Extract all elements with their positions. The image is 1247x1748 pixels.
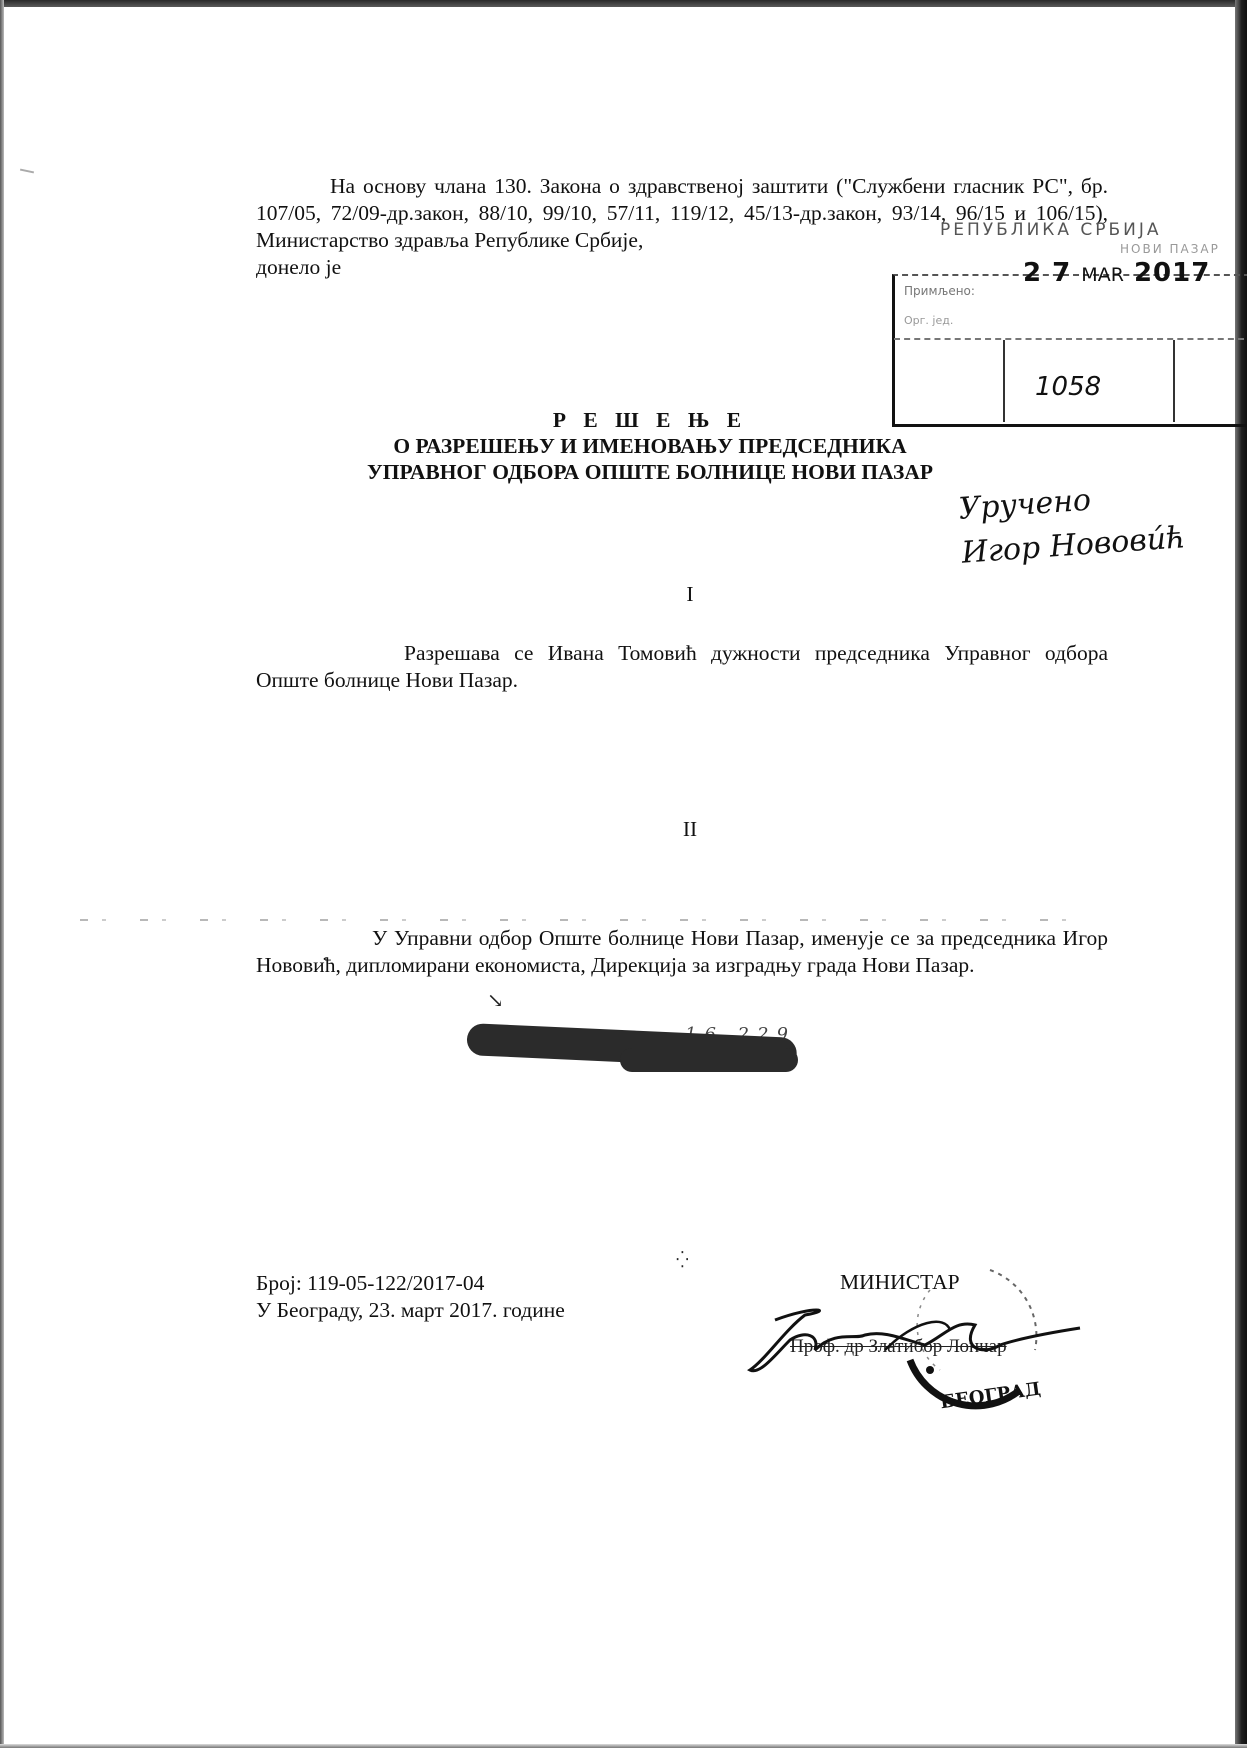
redaction-bar-tail	[620, 1048, 798, 1072]
stamp-date: 2 7 MAR 2017	[1023, 258, 1210, 288]
stamp-date-year: 2017	[1134, 258, 1210, 288]
signature-icon	[745, 1300, 1085, 1390]
title-line-1: О РАЗРЕШЕЊУ И ИМЕНОВАЊУ ПРЕДСЕДНИКА	[300, 433, 1000, 459]
document-reference: Број: 119-05-122/2017-04 У Београду, 23.…	[256, 1270, 565, 1324]
place-and-date: У Београду, 23. март 2017. године	[256, 1297, 565, 1324]
section-number-2: II	[670, 817, 710, 842]
stamp-subheader: НОВИ ПАЗАР	[1120, 242, 1220, 256]
scan-dot-marks: ⁛	[676, 1250, 689, 1270]
scan-edge-left	[0, 0, 4, 1748]
title-main: Р Е Ш Е Њ Е	[300, 407, 1000, 433]
stamp-registry-number: 1058	[1035, 372, 1101, 402]
section-1-text: Разрешава се Ивана Томовић дужности пред…	[256, 640, 1108, 694]
section-2-text: У Управни одбор Опште болнице Нови Пазар…	[256, 925, 1108, 979]
title-line-2: УПРАВНОГ ОДБОРА ОПШТЕ БОЛНИЦЕ НОВИ ПАЗАР	[300, 459, 1000, 485]
scan-edge-bottom	[0, 1744, 1247, 1748]
section-number-1: I	[670, 582, 710, 607]
scan-speck	[20, 169, 34, 174]
scan-noise-line	[80, 919, 1100, 921]
stamp-label-org: Орг. јед.	[904, 314, 953, 327]
stamp-column-divider	[1173, 340, 1175, 422]
stamp-date-month: MAR	[1081, 264, 1124, 286]
intro-last-line: донело је	[256, 255, 341, 279]
registry-stamp: РЕПУБЛИКА СРБИЈА НОВИ ПАЗАР Примљено: 2 …	[880, 232, 1247, 424]
scan-edge-top	[0, 0, 1247, 7]
stamp-label-received: Примљено:	[904, 284, 975, 298]
stamp-divider	[894, 338, 1244, 340]
document-number: Број: 119-05-122/2017-04	[256, 1270, 565, 1297]
stamp-date-day: 2 7	[1023, 258, 1071, 288]
decision-title: Р Е Ш Е Њ Е О РАЗРЕШЕЊУ И ИМЕНОВАЊУ ПРЕД…	[300, 407, 1000, 485]
handwritten-note: Уручено Игор Новови́ћ	[957, 472, 1187, 575]
handwritten-arrow-icon: ↘	[487, 988, 504, 1013]
stamp-header: РЕПУБЛИКА СРБИЈА	[940, 220, 1162, 240]
stamp-column-divider	[1003, 340, 1005, 422]
